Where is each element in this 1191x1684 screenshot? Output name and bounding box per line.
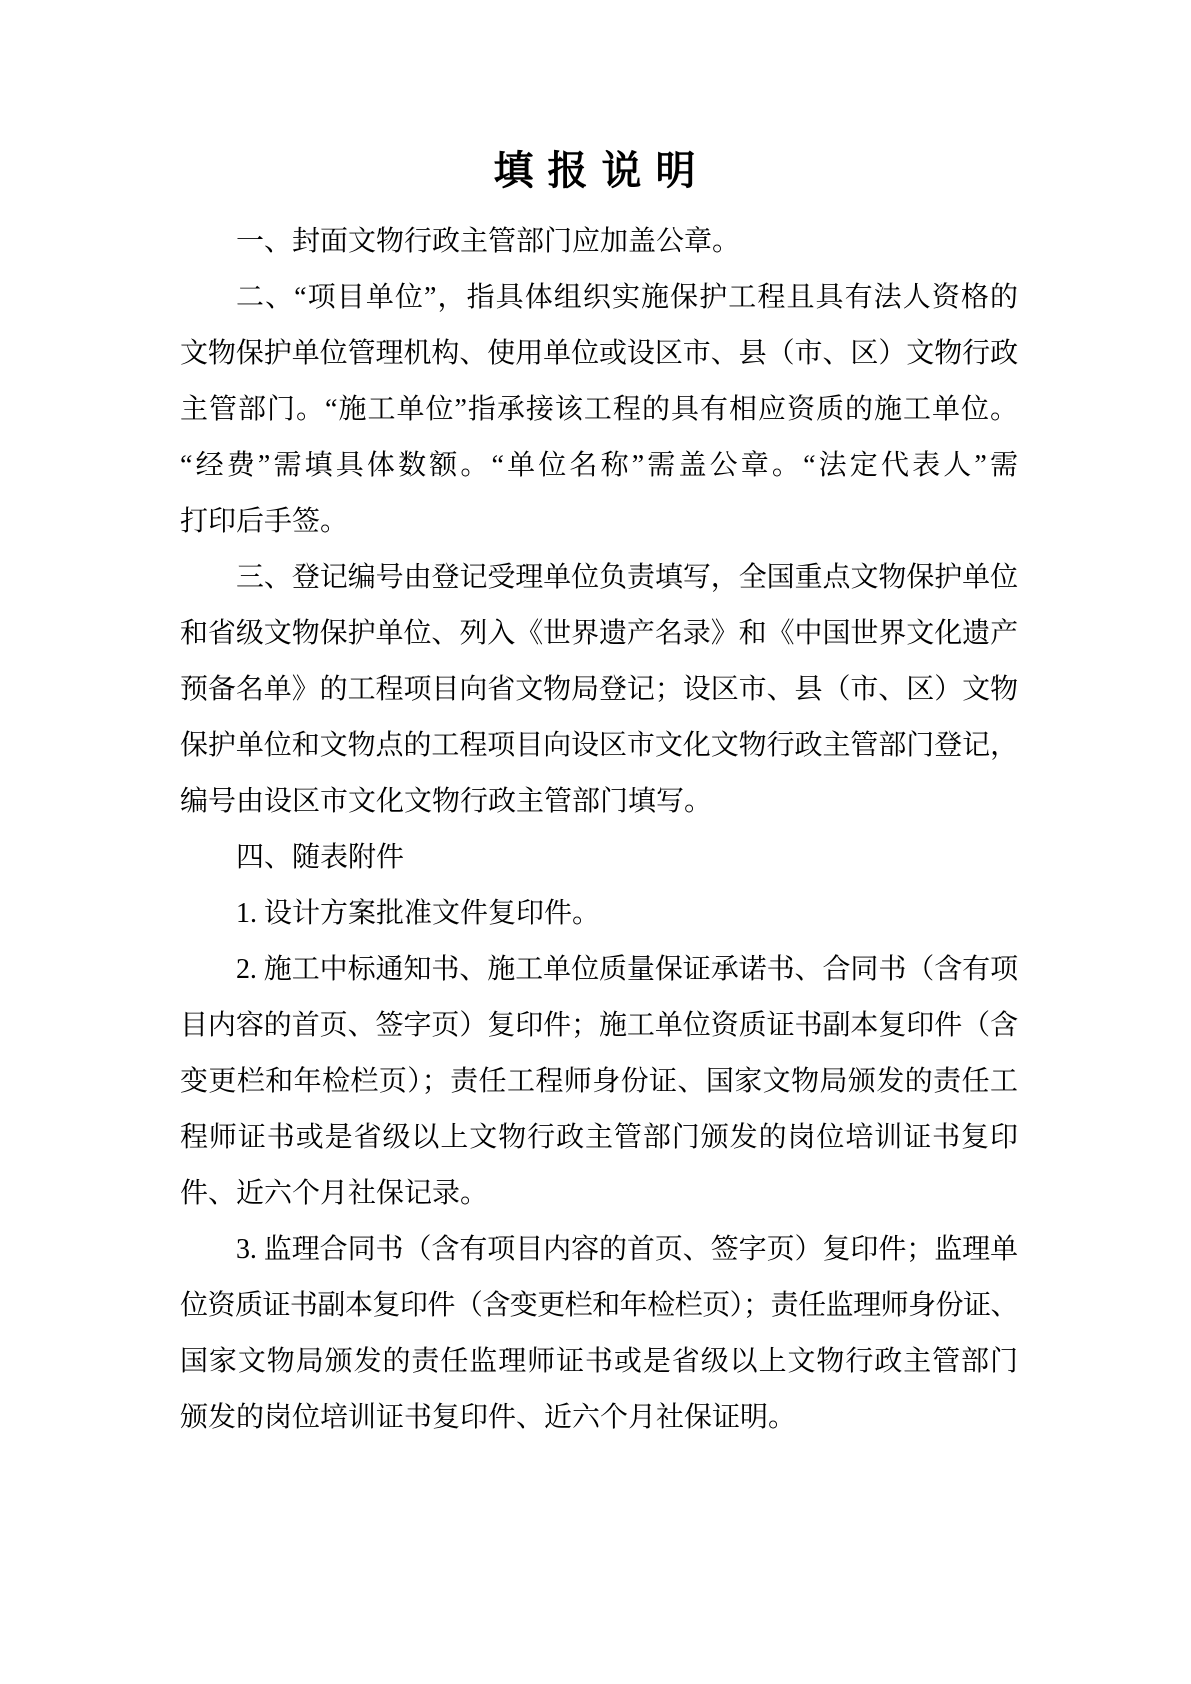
- paragraph: 1. 设计方案批准文件复印件。: [180, 886, 1018, 942]
- paragraph: 2. 施工中标通知书、施工单位质量保证承诺书、合同书（含有项目内容的首页、签字页…: [180, 942, 1018, 1222]
- text-line: 目内容的首页、签字页）复印件；施工单位资质证书副本复印件（含: [180, 998, 1018, 1054]
- text-line: 主管部门。“施工单位”指承接该工程的具有相应资质的施工单位。: [180, 382, 1018, 438]
- text-line: 2. 施工中标通知书、施工单位质量保证承诺书、合同书（含有项: [180, 942, 1018, 998]
- text-line: 打印后手签。: [180, 494, 1018, 550]
- document-page: 填 报 说 明 一、封面文物行政主管部门应加盖公章。二、“项目单位”，指具体组织…: [0, 0, 1191, 1684]
- text-line: 位资质证书副本复印件（含变更栏和年检栏页）；责任监理师身份证、: [180, 1278, 1018, 1334]
- text-line: 3. 监理合同书（含有项目内容的首页、签字页）复印件；监理单: [180, 1222, 1018, 1278]
- text-line: 颁发的岗位培训证书复印件、近六个月社保证明。: [180, 1390, 1018, 1446]
- paragraph: 二、“项目单位”，指具体组织实施保护工程且具有法人资格的文物保护单位管理机构、使…: [180, 270, 1018, 550]
- document-body: 一、封面文物行政主管部门应加盖公章。二、“项目单位”，指具体组织实施保护工程且具…: [180, 214, 1018, 1446]
- text-line: 编号由设区市文化文物行政主管部门填写。: [180, 774, 1018, 830]
- text-line: 程师证书或是省级以上文物行政主管部门颁发的岗位培训证书复印: [180, 1110, 1018, 1166]
- paragraph: 四、随表附件: [180, 830, 1018, 886]
- text-line: 预备名单》的工程项目向省文物局登记；设区市、县（市、区）文物: [180, 662, 1018, 718]
- text-line: 和省级文物保护单位、列入《世界遗产名录》和《中国世界文化遗产: [180, 606, 1018, 662]
- paragraph: 一、封面文物行政主管部门应加盖公章。: [180, 214, 1018, 270]
- text-line: 一、封面文物行政主管部门应加盖公章。: [180, 214, 1018, 270]
- text-line: 二、“项目单位”，指具体组织实施保护工程且具有法人资格的: [180, 270, 1018, 326]
- text-line: 件、近六个月社保记录。: [180, 1166, 1018, 1222]
- paragraph: 3. 监理合同书（含有项目内容的首页、签字页）复印件；监理单位资质证书副本复印件…: [180, 1222, 1018, 1446]
- text-line: 1. 设计方案批准文件复印件。: [180, 886, 1018, 942]
- text-line: 变更栏和年检栏页）；责任工程师身份证、国家文物局颁发的责任工: [180, 1054, 1018, 1110]
- paragraph: 三、登记编号由登记受理单位负责填写，全国重点文物保护单位和省级文物保护单位、列入…: [180, 550, 1018, 830]
- text-line: 保护单位和文物点的工程项目向设区市文化文物行政主管部门登记，: [180, 718, 1018, 774]
- text-line: “经费”需填具体数额。“单位名称”需盖公章。“法定代表人”需: [180, 438, 1018, 494]
- text-line: 三、登记编号由登记受理单位负责填写，全国重点文物保护单位: [180, 550, 1018, 606]
- text-line: 四、随表附件: [180, 830, 1018, 886]
- document-title: 填 报 说 明: [0, 148, 1191, 194]
- text-line: 文物保护单位管理机构、使用单位或设区市、县（市、区）文物行政: [180, 326, 1018, 382]
- text-line: 国家文物局颁发的责任监理师证书或是省级以上文物行政主管部门: [180, 1334, 1018, 1390]
